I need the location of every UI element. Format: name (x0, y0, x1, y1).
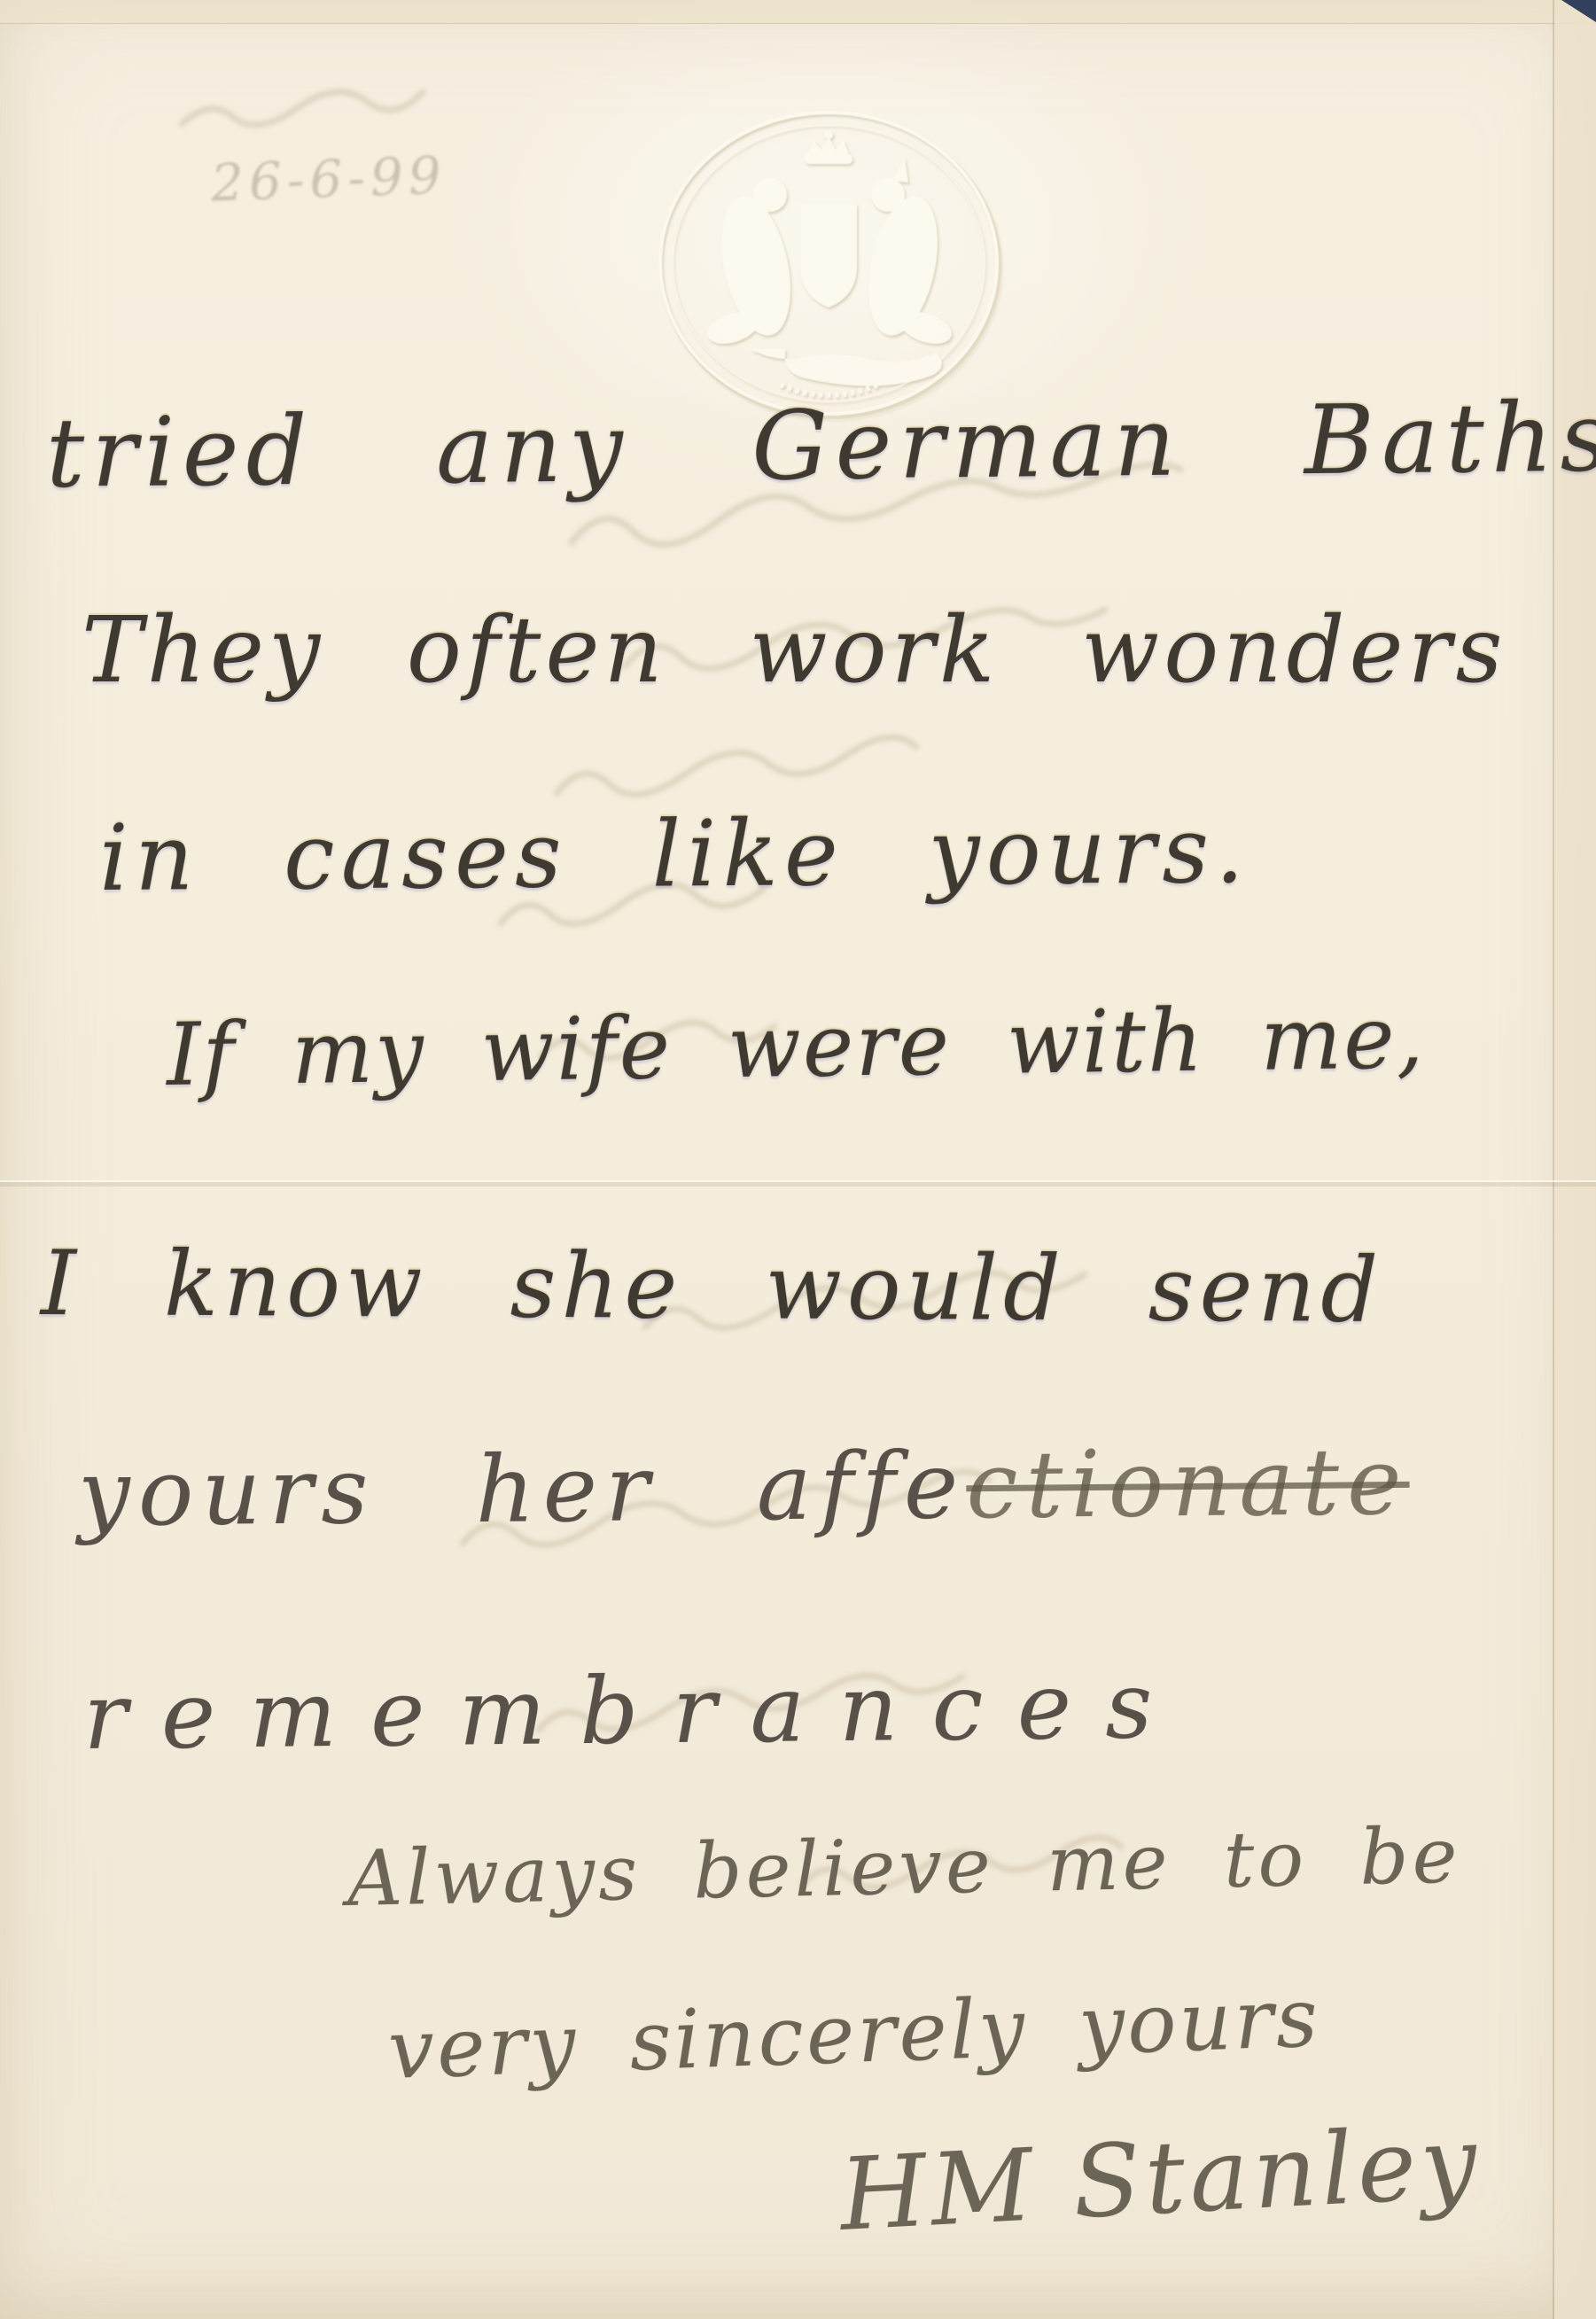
letter-line-6: yours her affectionate (77, 1424, 1410, 1551)
letter-line-5: I know she would send (41, 1227, 1384, 1346)
letter-page: 26-6-99 (0, 0, 1596, 2319)
crest-crown (805, 130, 852, 164)
crest-shield (800, 204, 857, 307)
letter-line-2: They often work wonders (82, 594, 1507, 708)
crest-lion-supporter (704, 178, 802, 349)
letter-line-6-struck-text: ctionate (966, 1428, 1410, 1539)
letter-line-3: in cases like yours. (99, 794, 1251, 916)
royal-arms-embossed-crest (651, 99, 1006, 423)
crest-compartment (751, 349, 942, 386)
letter-line-6-text: yours her affe (77, 1431, 966, 1547)
letter-line-4: If my wife were with me, (166, 984, 1426, 1109)
letter-line-1: tried any German Baths? (45, 377, 1596, 514)
crest-unicorn-supporter (857, 158, 955, 349)
letter-line-7: remembrances (82, 1647, 1187, 1774)
bleedthrough-date: 26-6-99 (210, 144, 448, 213)
